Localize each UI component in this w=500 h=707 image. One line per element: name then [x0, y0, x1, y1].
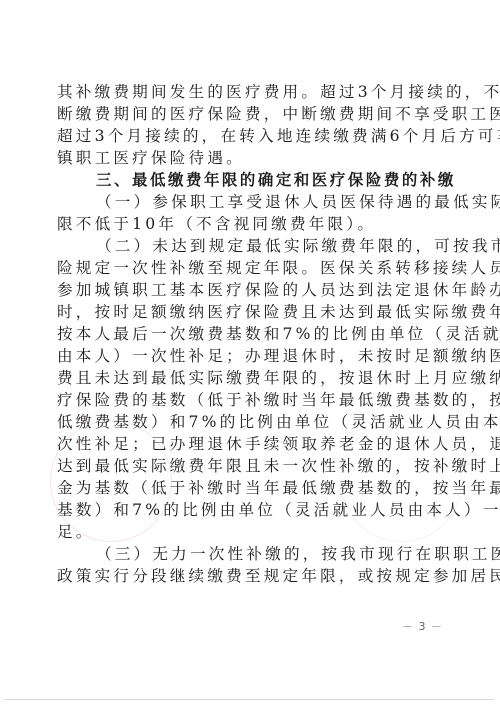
text-line: 超过3个月接续的，在转入地连续缴费满6个月后方可享受城	[57, 125, 447, 147]
text-line: 其补缴费期间发生的医疗费用。超过3个月接续的，不补缴中	[57, 81, 447, 103]
paragraph-3-line: （三）无力一次性补缴的，按我市现行在职职工医保缴费	[57, 543, 447, 565]
paragraph-2-line: 按本人最后一次缴费基数和7%的比例由单位（灵活就业人员	[57, 323, 447, 345]
paragraph-2-line: 参加城镇职工基本医疗保险的人员达到法定退休年龄办理退休	[57, 279, 447, 301]
paragraph-2-line: 足。	[57, 521, 447, 543]
paragraph-1-line: 限不低于10年（不含视同缴费年限）。	[57, 213, 447, 235]
section-heading: 三、最低缴费年限的确定和医疗保险费的补缴	[57, 169, 447, 191]
paragraph-2-line: 基数）和7%的比例由单位（灵活就业人员由本人）一次性补	[57, 499, 447, 521]
paragraph-2-line: 达到最低实际缴费年限且未一次性补缴的，按补缴时上月养老	[57, 455, 447, 477]
paragraph-2-line: （二）未达到规定最低实际缴费年限的，可按我市医疗保	[57, 235, 447, 257]
text-line: 断缴费期间的医疗保险费，中断缴费期间不享受职工医保待遇；	[57, 103, 447, 125]
paragraph-2-line: 次性补足；已办理退休手续领取养老金的退休人员，退休时未	[57, 433, 447, 455]
paragraph-1-line: （一）参保职工享受退休人员医保待遇的最低实际缴费年	[57, 191, 447, 213]
paragraph-2-line: 时，按时足额缴纳医疗保险费且未达到最低实际缴费年限的，	[57, 301, 447, 323]
paragraph-2-line: 由本人）一次性补足；办理退休时，未按时足额缴纳医疗保险	[57, 345, 447, 367]
paragraph-2-line: 金为基数（低于补缴时当年最低缴费基数的，按当年最低缴费	[57, 477, 447, 499]
paragraph-2-line: 费且未达到最低实际缴费年限的，按退休时上月应缴纳基本医	[57, 367, 447, 389]
paragraph-2-line: 险规定一次性补缴至规定年限。医保关系转移接续人员和我市	[57, 257, 447, 279]
paragraph-2-line: 低缴费基数）和7%的比例由单位（灵活就业人员由本人）一	[57, 411, 447, 433]
paragraph-2-line: 疗保险费的基数（低于补缴时当年最低缴费基数的，按当年最	[57, 389, 447, 411]
page-number: － 3 －	[402, 618, 443, 634]
text-line: 镇职工医疗保险待遇。	[57, 147, 447, 169]
page-bottom-edge	[4, 699, 494, 700]
paragraph-3-line: 政策实行分段继续缴费至规定年限，或按规定参加居民基本医	[57, 565, 447, 587]
document-page: 其补缴费期间发生的医疗费用。超过3个月接续的，不补缴中 断缴费期间的医疗保险费，…	[0, 0, 500, 707]
document-body: 其补缴费期间发生的医疗费用。超过3个月接续的，不补缴中 断缴费期间的医疗保险费，…	[57, 81, 447, 587]
